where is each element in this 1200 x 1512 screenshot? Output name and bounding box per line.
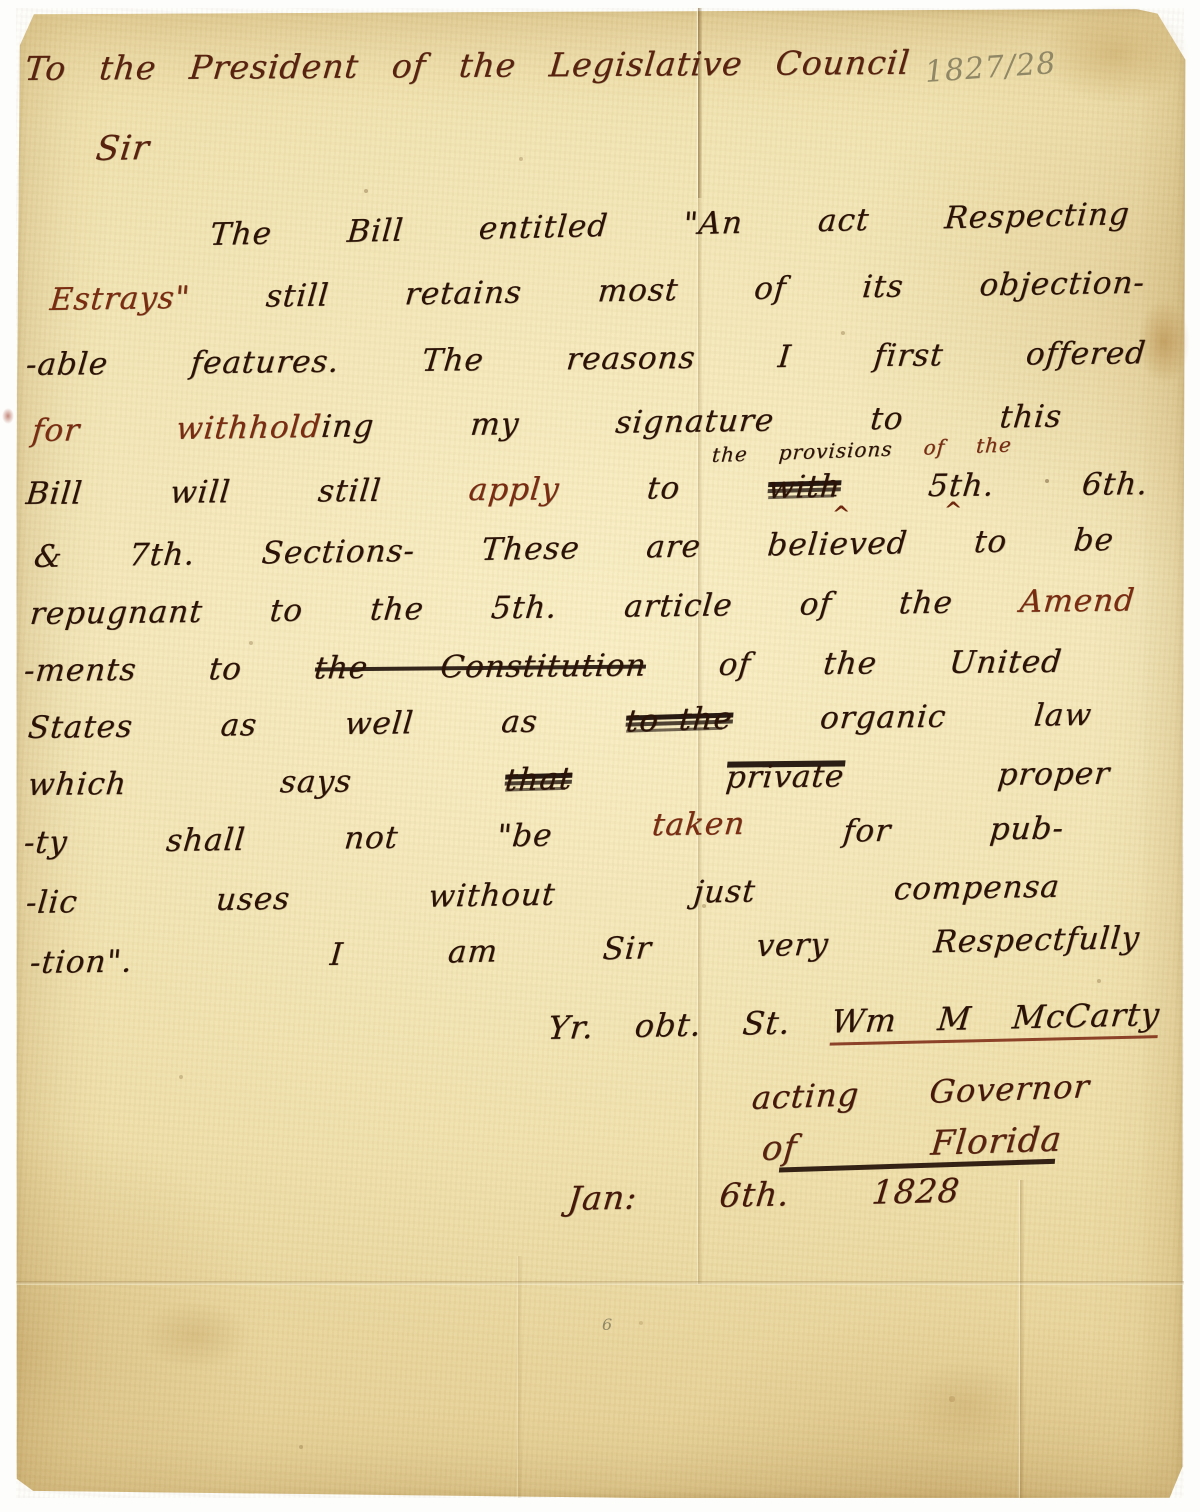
insertion-caret-mark: ^ — [944, 498, 962, 524]
horizontal-fold-crease — [16, 1281, 1184, 1285]
paper-specks — [0, 0, 2, 2]
vertical-fold-crease — [518, 1256, 522, 1498]
line-text: 5th. 6th. — [839, 466, 1150, 505]
insertion-caret-mark: ^ — [832, 502, 850, 528]
salutation: Sir — [94, 129, 152, 169]
vertical-fold-crease — [1020, 1180, 1024, 1498]
insertion-text: of the — [923, 432, 1013, 459]
struck-through-text: the Constitution — [313, 648, 649, 687]
struck-through-text: to the — [624, 701, 734, 740]
line-text: for withhold — [30, 409, 323, 449]
line-text: Bill will still — [24, 472, 470, 512]
scribbled-out-word: with — [766, 469, 842, 507]
pencil-page-number: 6 — [602, 1316, 613, 1334]
word-amend: Amend — [1018, 582, 1136, 619]
word-private-overstruck: private — [724, 758, 846, 795]
body-line: -tion". — [28, 945, 134, 982]
line-text: to — [558, 470, 770, 508]
vertical-fold-crease — [698, 8, 702, 1284]
line-text: States as well as — [26, 703, 627, 746]
line-text: organic law — [731, 697, 1094, 737]
closing-abbreviation: Yr. obt. St. — [546, 1003, 833, 1048]
signature: Wm M McCarty — [829, 995, 1162, 1046]
vertical-fold-crease — [698, 8, 702, 198]
word-taken-inserted: taken — [650, 806, 746, 843]
word-apply: apply — [467, 471, 561, 508]
line-text: which says — [26, 762, 507, 803]
line-text — [571, 760, 728, 798]
line-text: of the United — [645, 644, 1064, 684]
address-line: To the President of the Legislative Coun… — [23, 44, 912, 88]
word-estrays: Estrays" — [48, 280, 191, 318]
scanned-letter-page: To the President of the Legislative Coun… — [0, 0, 1200, 1512]
line-text: -ments to — [22, 650, 316, 689]
line-text: for pub- — [743, 810, 1066, 851]
ink-dot-stain — [2, 408, 14, 424]
struck-through-text: that — [504, 762, 574, 800]
line-text: proper — [843, 756, 1112, 795]
signature-place-line: of Florida — [760, 1121, 1063, 1170]
